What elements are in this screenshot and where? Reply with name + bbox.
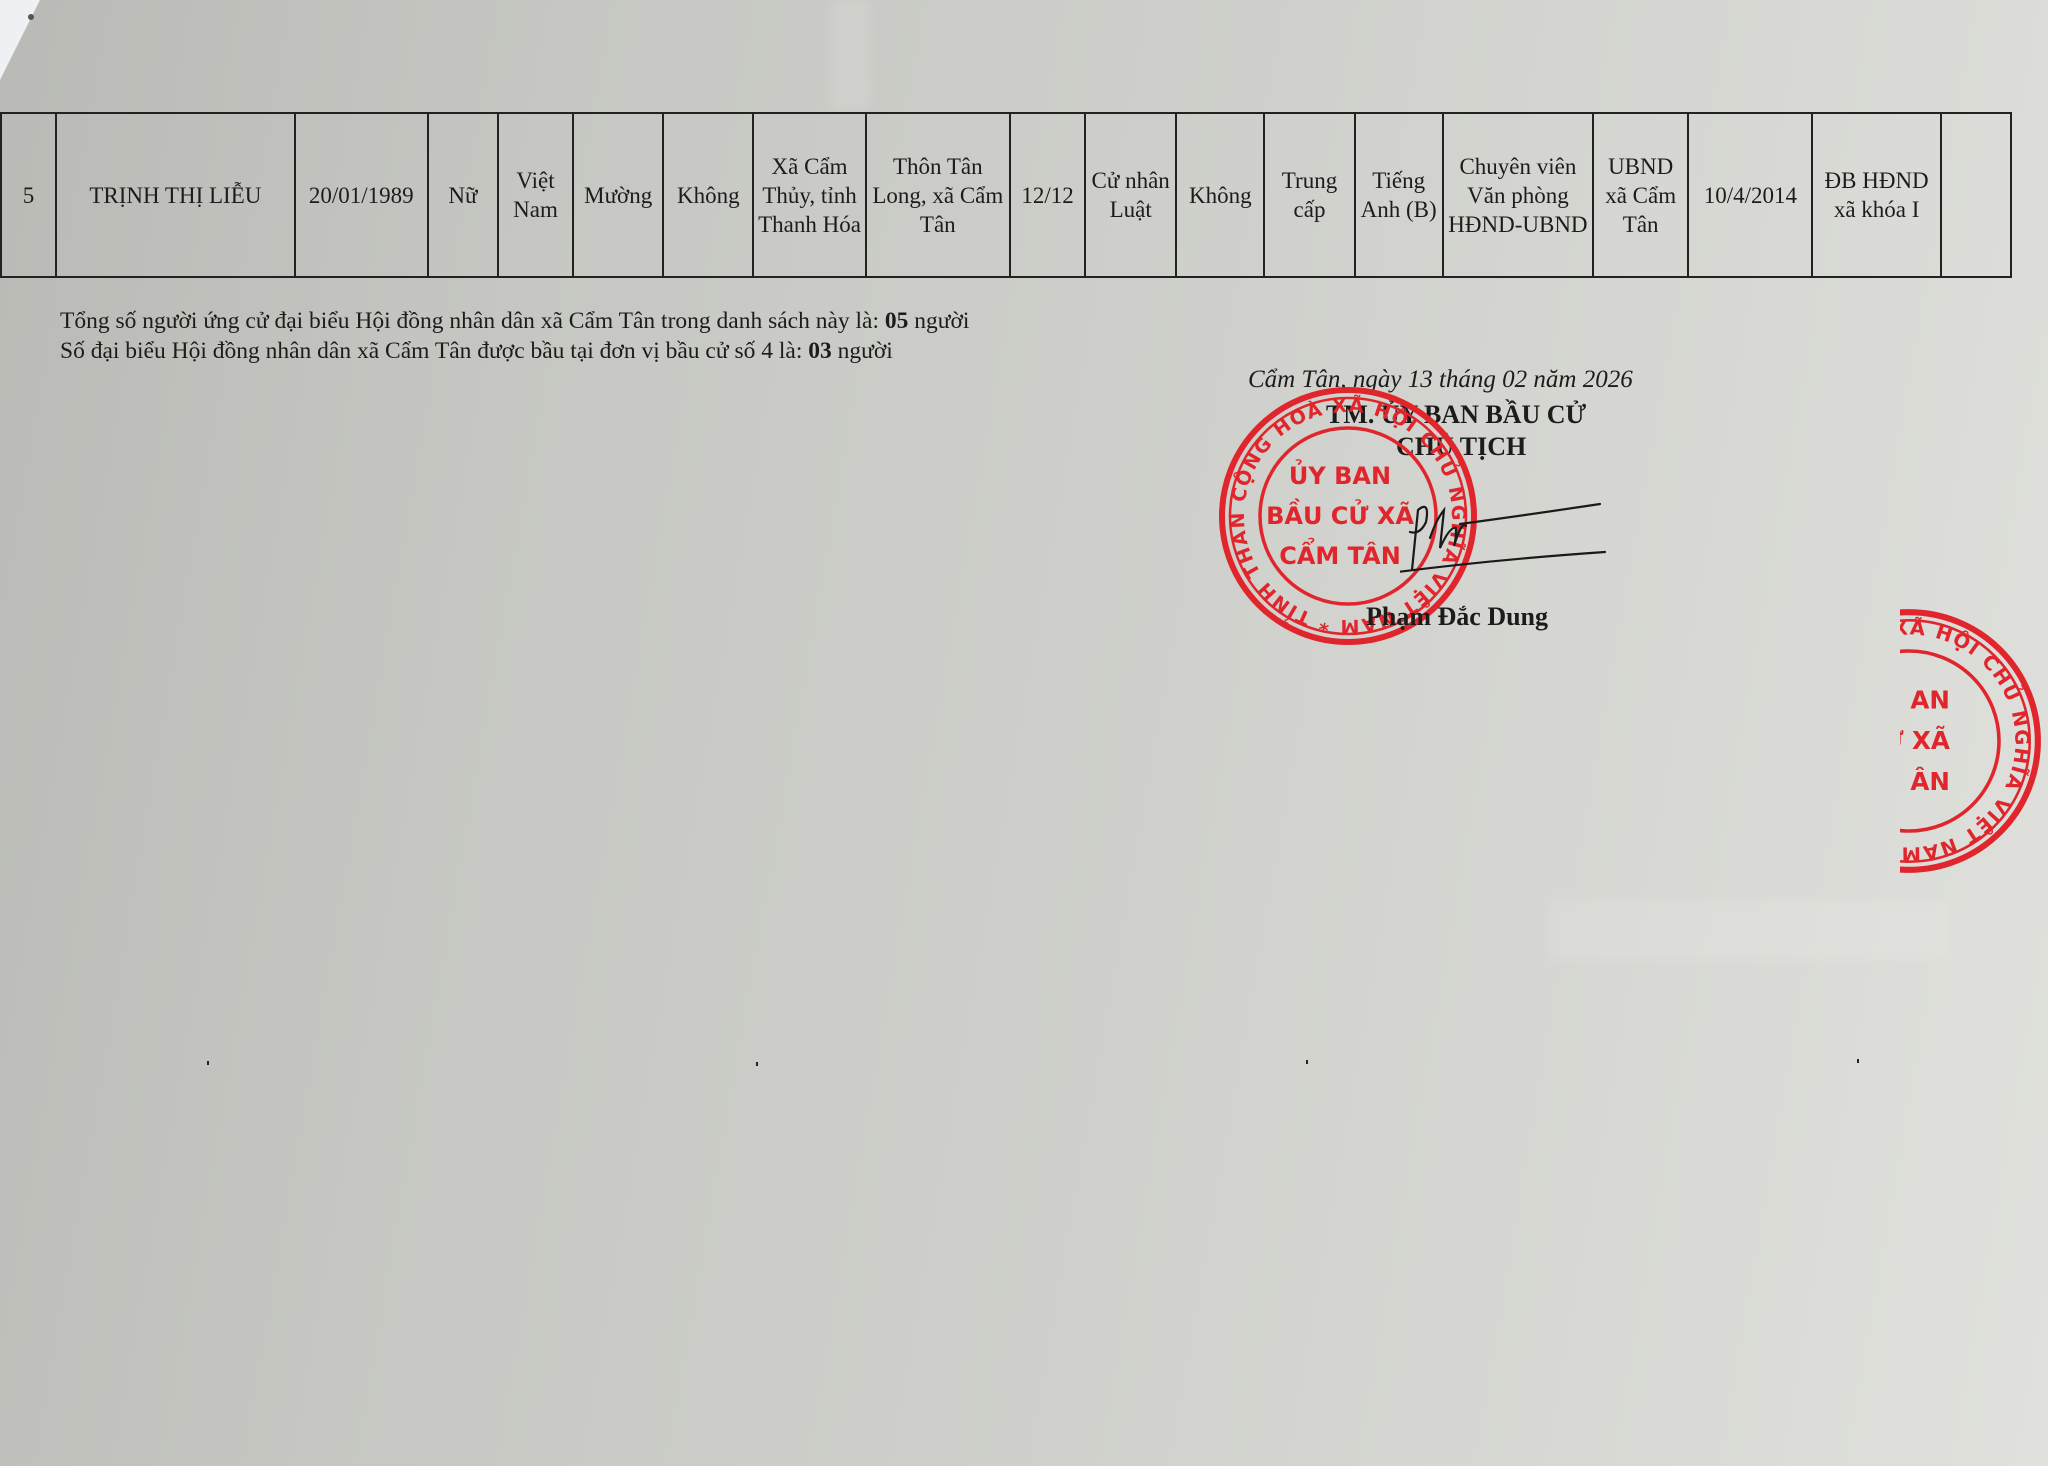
cell-general-education: 12/12 xyxy=(1010,113,1085,277)
cell-nationality: Việt Nam xyxy=(498,113,573,277)
summary-elected-delegates: Số đại biểu Hội đồng nhân dân xã Cẩm Tân… xyxy=(60,336,969,366)
paper-crease xyxy=(830,0,870,110)
print-mark xyxy=(1857,1059,1859,1063)
candidate-table: 5 TRỊNH THỊ LIỄU 20/01/1989 Nữ Việt Nam … xyxy=(0,112,2012,278)
cell-academic-degree: Không xyxy=(1176,113,1264,277)
cell-occupation-position: Chuyên viên Văn phòng HĐND-UBND xyxy=(1443,113,1593,277)
summary-total-candidates: Tổng số người ứng cử đại biểu Hội đồng n… xyxy=(60,306,969,336)
svg-text:CỘNG HOÀ XÃ HỘI CHỦ NGHĨA VIỆT: CỘNG HOÀ XÃ HỘI CHỦ NGHĨA VIỆT NAM * TỈN… xyxy=(1900,606,2034,865)
stamp-line-3: CẨM TÂN xyxy=(1279,536,1401,570)
cell-workplace: UBND xã Cẩm Tân xyxy=(1593,113,1688,277)
staple-mark xyxy=(28,14,34,20)
partial-stamp-container: CỘNG HOÀ XÃ HỘI CHỦ NGHĨA VIỆT NAM * TỈN… xyxy=(1900,606,2048,876)
table-row: 5 TRỊNH THỊ LIỄU 20/01/1989 Nữ Việt Nam … xyxy=(1,113,2011,277)
cell-gender: Nữ xyxy=(428,113,498,277)
cell-extra xyxy=(1941,113,2011,277)
print-mark xyxy=(1306,1060,1308,1064)
cell-political-theory: Trung cấp xyxy=(1264,113,1354,277)
cell-ethnicity: Mường xyxy=(573,113,663,277)
cell-foreign-language: Tiếng Anh (B) xyxy=(1355,113,1443,277)
print-mark xyxy=(207,1061,209,1065)
svg-text:AN: AN xyxy=(1910,685,1950,714)
stamp-line-1: ỦY BAN xyxy=(1289,457,1391,490)
cell-religion: Không xyxy=(663,113,753,277)
total-candidates-count: 05 xyxy=(885,308,909,334)
cell-hometown: Xã Cẩm Thủy, tỉnh Thanh Hóa xyxy=(753,113,865,277)
cell-current-delegate: ĐB HĐND xã khóa I xyxy=(1812,113,1940,277)
print-mark xyxy=(756,1062,758,1066)
signature-icon xyxy=(1400,490,1620,590)
cell-party-admission-date: 10/4/2014 xyxy=(1688,113,1812,277)
cell-residence: Thôn Tân Long, xã Cẩm Tân xyxy=(866,113,1010,277)
paper-crease xyxy=(1550,900,1950,960)
partial-stamp-icon: CỘNG HOÀ XÃ HỘI CHỦ NGHĨA VIỆT NAM * TỈN… xyxy=(1900,606,2044,876)
signer-title: CHỦ TỊCH xyxy=(1396,432,1526,462)
elected-delegates-count: 03 xyxy=(808,338,832,364)
cell-stt: 5 xyxy=(1,113,56,277)
cell-date-of-birth: 20/01/1989 xyxy=(295,113,428,277)
cell-professional-qualification: Cử nhân Luật xyxy=(1085,113,1176,277)
cell-full-name: TRỊNH THỊ LIỄU xyxy=(56,113,294,277)
place-date: Cẩm Tân, ngày 13 tháng 02 năm 2026 xyxy=(1248,366,1633,394)
svg-text:Ử XÃ: Ử XÃ xyxy=(1900,722,1950,755)
svg-text:ÂN: ÂN xyxy=(1910,767,1950,796)
signer-name: Phạm Đắc Dung xyxy=(1366,602,1548,632)
paper-corner-background xyxy=(0,0,40,80)
summary-block: Tổng số người ứng cử đại biểu Hội đồng n… xyxy=(60,306,969,366)
stamp-line-2: BẦU CỬ XÃ xyxy=(1266,497,1414,530)
signing-organization: TM. ỦY BAN BẦU CỬ xyxy=(1326,400,1586,430)
